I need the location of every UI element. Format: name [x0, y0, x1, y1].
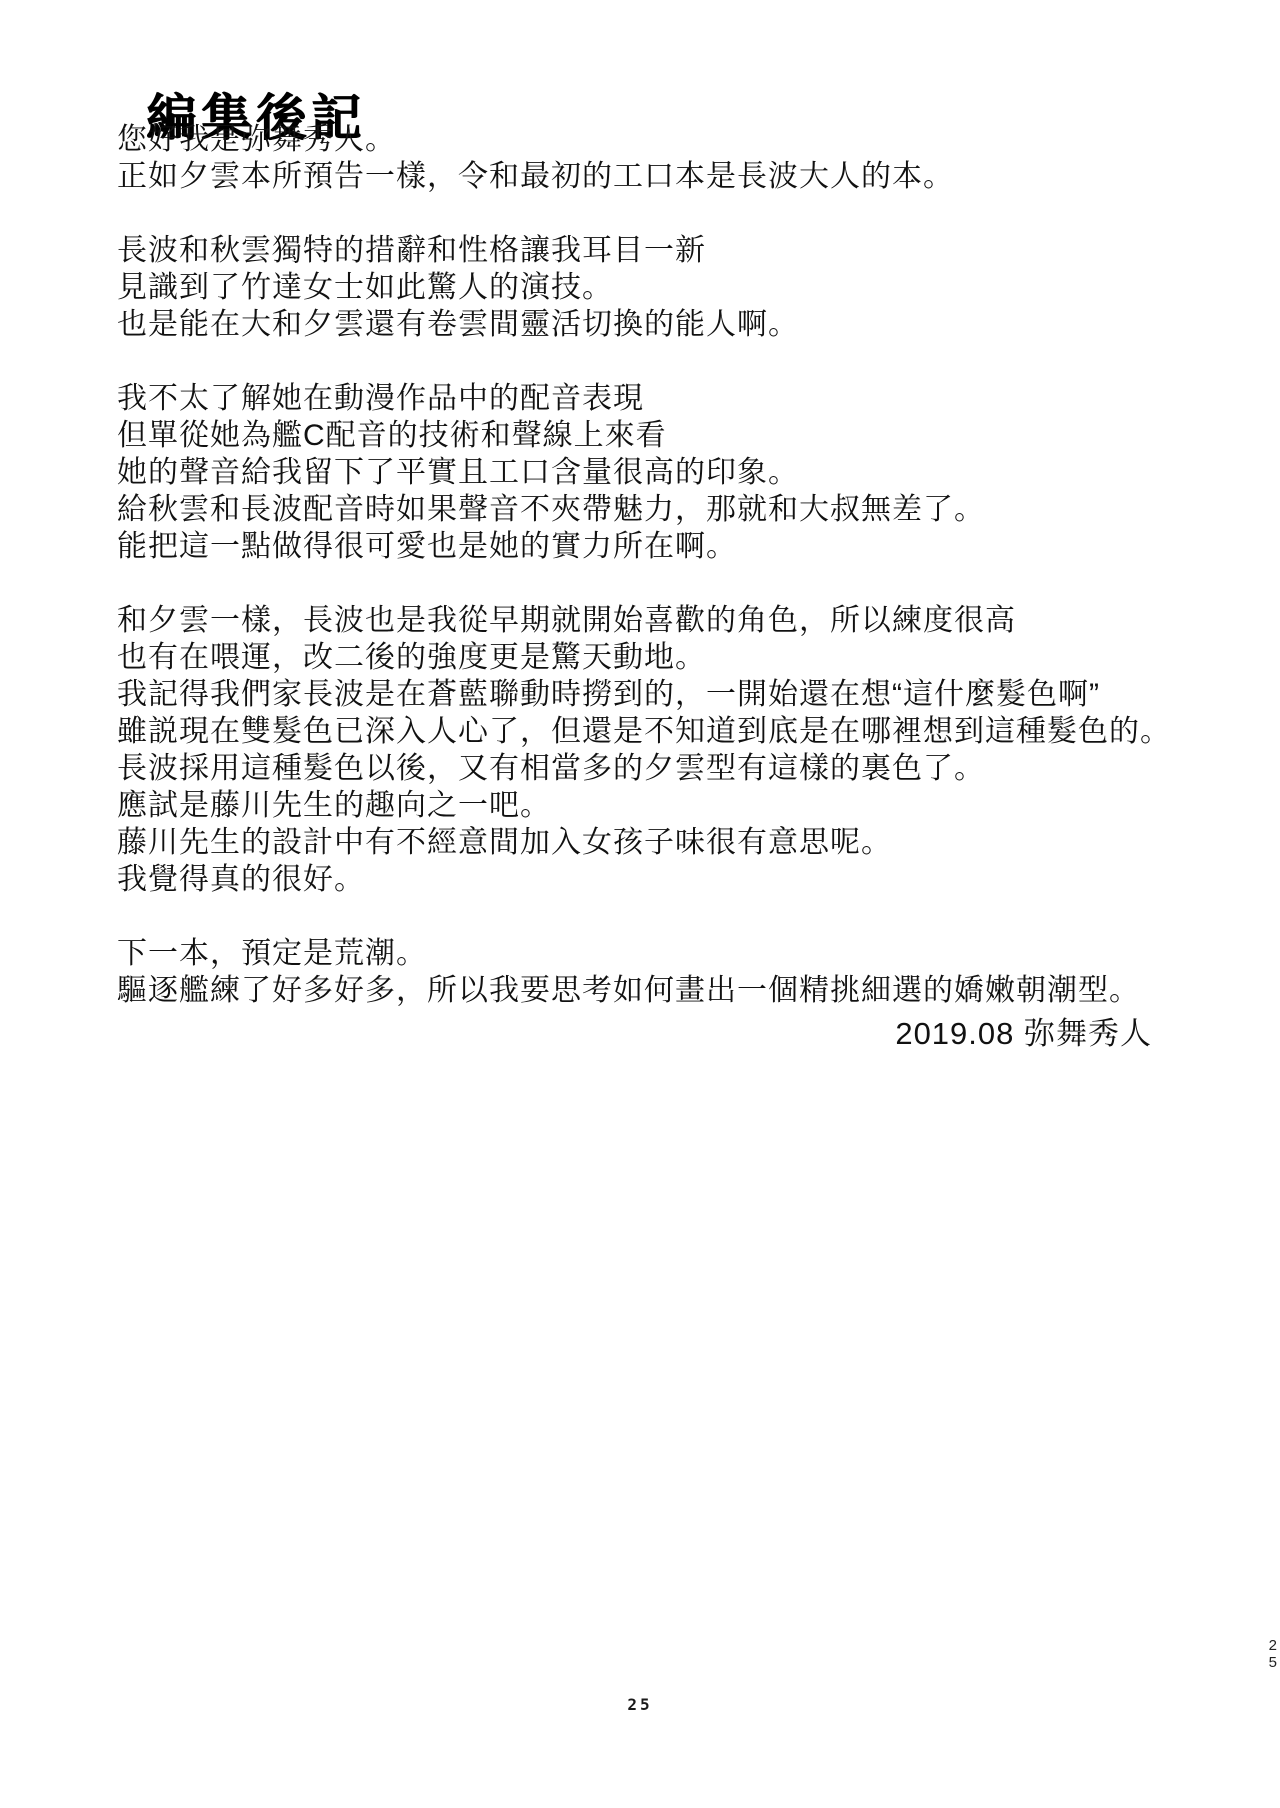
- text-line: 給秋雲和長波配音時如果聲音不夾帶魅力，那就和大叔無差了。: [117, 491, 1250, 528]
- text-line: 長波和秋雲獨特的措辭和性格讓我耳目一新: [117, 232, 1250, 269]
- paragraph-character-thoughts: 和夕雲一樣，長波也是我從早期就開始喜歡的角色，所以練度很高 也有在喂運，改二後的…: [117, 602, 1250, 898]
- text-line: 我記得我們家長波是在蒼藍聯動時撈到的，一開始還在想“這什麼髮色啊”: [117, 676, 1250, 713]
- footer-page-number: 25: [0, 1695, 1280, 1714]
- paragraph-next-book: 下一本，預定是荒潮。 驅逐艦練了好多好多，所以我要思考如何畫出一個精挑細選的嬌嫩…: [117, 935, 1250, 1009]
- text-line: 藤川先生的設計中有不經意間加入女孩子味很有意思呢。: [117, 824, 1250, 861]
- date-signature: 2019.08 弥舞秀人: [0, 1008, 1152, 1053]
- text-line: 雖説現在雙髮色已深入人心了，但還是不知道到底是在哪裡想到這種髮色的。: [117, 713, 1250, 750]
- text-line: 見識到了竹達女士如此驚人的演技。: [117, 269, 1250, 306]
- text-line: 和夕雲一樣，長波也是我從早期就開始喜歡的角色，所以練度很高: [117, 602, 1250, 639]
- text-line: 下一本，預定是荒潮。: [117, 935, 1250, 972]
- text-line: 應試是藤川先生的趣向之一吧。: [117, 787, 1250, 824]
- text-line: 長波採用這種髮色以後，又有相當多的夕雲型有這樣的裏色了。: [117, 750, 1250, 787]
- afterword-page: 編集後記 您好我是弥舞秀人。 正如夕雲本所預告一樣，令和最初的工口本是長波大人的…: [0, 0, 1280, 1808]
- text-line: 驅逐艦練了好多好多，所以我要思考如何畫出一個精挑細選的嬌嫩朝潮型。: [117, 972, 1250, 1009]
- side-page-digit: 5: [1269, 1654, 1277, 1671]
- text-line: 我覺得真的很好。: [117, 861, 1250, 898]
- text-line: 也有在喂運，改二後的強度更是驚天動地。: [117, 639, 1250, 676]
- text-line: 正如夕雲本所預告一樣，令和最初的工口本是長波大人的本。: [117, 158, 1250, 195]
- paragraph-voice-impression: 我不太了解她在動漫作品中的配音表現 但單從她為艦C配音的技術和聲線上來看 她的聲…: [117, 380, 1250, 565]
- afterword-body: 您好我是弥舞秀人。 正如夕雲本所預告一樣，令和最初的工口本是長波大人的本。 長波…: [117, 121, 1250, 1009]
- side-page-digit: 2: [1269, 1637, 1277, 1654]
- text-line: 也是能在大和夕雲還有卷雲間靈活切換的能人啊。: [117, 306, 1250, 343]
- text-line: 我不太了解她在動漫作品中的配音表現: [117, 380, 1250, 417]
- side-page-number: 2 5: [1269, 1637, 1277, 1671]
- text-line: 能把這一點做得很可愛也是她的實力所在啊。: [117, 528, 1250, 565]
- paragraph-voice-acting-intro: 長波和秋雲獨特的措辭和性格讓我耳目一新 見識到了竹達女士如此驚人的演技。 也是能…: [117, 232, 1250, 343]
- text-line: 她的聲音給我留下了平實且工口含量很高的印象。: [117, 454, 1250, 491]
- text-line: 您好我是弥舞秀人。: [117, 121, 1250, 158]
- paragraph-greeting: 您好我是弥舞秀人。 正如夕雲本所預告一樣，令和最初的工口本是長波大人的本。: [117, 121, 1250, 195]
- text-line: 但單從她為艦C配音的技術和聲線上來看: [117, 417, 1250, 454]
